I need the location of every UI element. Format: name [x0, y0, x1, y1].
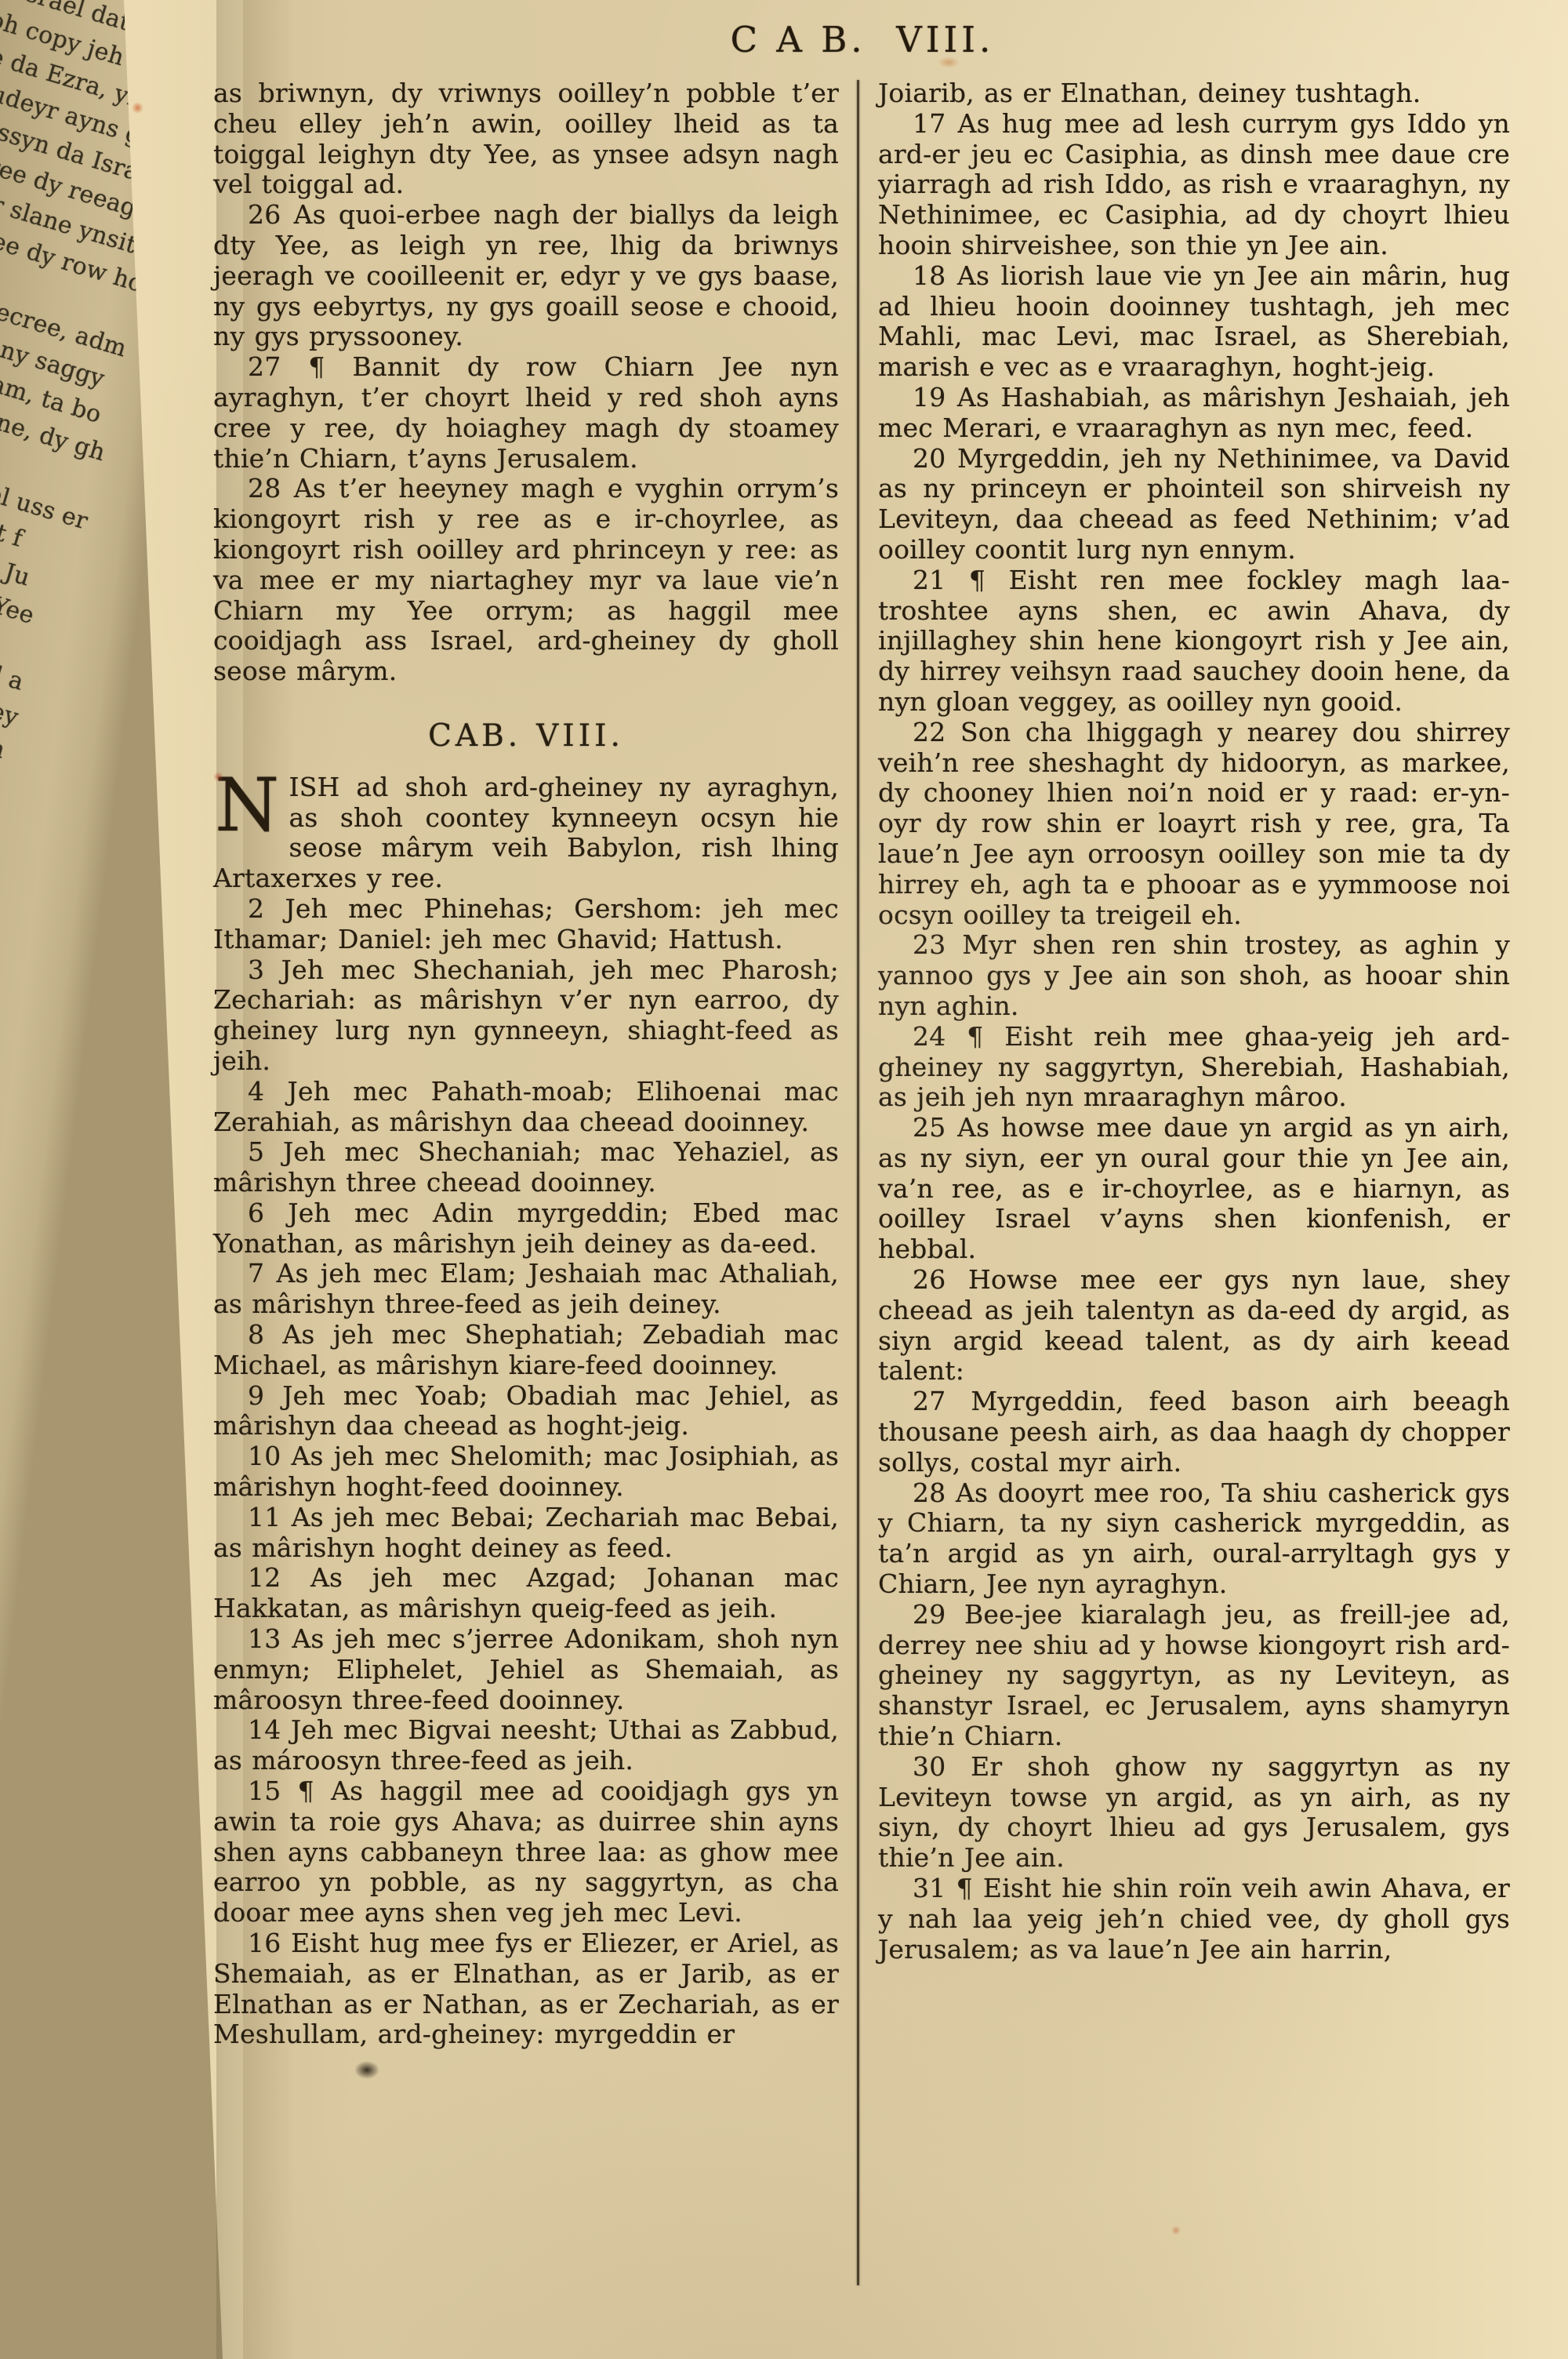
verse-paragraph: 23 Myr shen ren shin trostey, as aghin y… [878, 930, 1510, 1021]
verse-paragraph: 27 Myrgeddin, feed bason airh beeagh tho… [878, 1387, 1510, 1478]
verse-paragraph: 15 ¶ As haggil mee ad cooidjagh gys yn a… [213, 1776, 839, 1928]
verse-paragraph: 13 As jeh mec s’jerree Adonikam, shoh ny… [213, 1624, 839, 1715]
verse-paragraph: 3 Jeh mec Shechaniah, jeh mec Pharosh; Z… [213, 955, 839, 1077]
verse-paragraph: 25 As howse mee daue yn argid as yn airh… [878, 1113, 1510, 1265]
left-column: as briwnyn, dy vriwnys ooilley’n pobble … [213, 78, 839, 2050]
verse-paragraph: as briwnyn, dy vriwnys ooilley’n pobble … [213, 78, 839, 200]
verse-paragraph: 19 As Hashabiah, as mârishyn Jeshaiah, j… [878, 383, 1510, 444]
verse-paragraph: 18 As liorish laue vie yn Jee ain mârin,… [878, 261, 1510, 383]
verse-paragraph: 28 As t’er heeyney magh e vyghin orrym’s… [213, 474, 839, 687]
chapter-opening-paragraph: NISH ad shoh ard-gheiney ny ayraghyn, as… [213, 772, 839, 894]
verse-paragraph: 8 As jeh mec Shephatiah; Zebadiah mac Mi… [213, 1320, 839, 1381]
verse-paragraph: 26 As quoi-erbee nagh der biallys da lei… [213, 200, 839, 352]
verse-paragraph: 2 Jeh mec Phinehas; Gershom: jeh mec Ith… [213, 894, 839, 955]
verse-paragraph: 10 As jeh mec Shelomith; mac Josiphiah, … [213, 1441, 839, 1503]
verse-paragraph: Joiarib, as er Elnathan, deiney tushtagh… [878, 78, 1510, 109]
column-divider-rule [857, 80, 859, 2285]
verse-paragraph: 22 Son cha lhiggagh y nearey dou shirrey… [878, 718, 1510, 931]
verse-paragraph: 16 Eisht hug mee fys er Eliezer, er Arie… [213, 1928, 839, 2050]
verse-paragraph: 14 Jeh mec Bigvai neesht; Uthai as Zabbu… [213, 1715, 839, 1776]
drop-cap-initial: N [213, 772, 289, 834]
verse-paragraph: 20 Myrgeddin, jeh ny Nethinimee, va Davi… [878, 444, 1510, 565]
ink-smudge [354, 2061, 379, 2079]
verse-paragraph: 12 As jeh mec Azgad; Johanan mac Hakkata… [213, 1563, 839, 1624]
right-column: Joiarib, as er Elnathan, deiney tushtagh… [878, 78, 1510, 2050]
column-gap [839, 78, 878, 2050]
verse-paragraph: 7 As jeh mec Elam; Jeshaiah mac Athaliah… [213, 1259, 839, 1320]
verse-paragraph: 31 ¶ Eisht hie shin roïn veih awin Ahava… [878, 1874, 1510, 1965]
paper-stain [1171, 2226, 1181, 2235]
verse-paragraph: 4 Jeh mec Pahath-moab; Elihoenai mac Zer… [213, 1077, 839, 1138]
verse-paragraph: 26 Howse mee eer gys nyn laue, shey chee… [878, 1265, 1510, 1387]
verse-paragraph: 21 ¶ Eisht ren mee fockley magh laa-tros… [878, 565, 1510, 718]
verse-paragraph: 24 ¶ Eisht reih mee ghaa-yeig jeh ard-gh… [878, 1022, 1510, 1113]
text-area: as briwnyn, dy vriwnys ooilley’n pobble … [213, 78, 1510, 2050]
verse-paragraph: 11 As jeh mec Bebai; Zechariah mac Bebai… [213, 1503, 839, 1564]
verse-paragraph: 9 Jeh mec Yoab; Obadiah mac Jehiel, as m… [213, 1381, 839, 1442]
verse-paragraph: 29 Bee-jee kiaralagh jeu, as freill-jee … [878, 1600, 1510, 1752]
chapter-heading: CAB. VIII. [213, 722, 839, 752]
opening-text: ISH ad shoh ard-gheiney ny ayraghyn, as … [213, 772, 839, 893]
verse-paragraph: 27 ¶ Bannit dy row Chiarn Jee nyn ayragh… [213, 352, 839, 474]
book-page-scan: ys Israel dattyshoh copy jeh’n screeree … [0, 0, 1568, 2359]
verse-paragraph: 17 As hug mee ad lesh currym gys Iddo yn… [878, 109, 1510, 261]
verse-paragraph: 6 Jeh mec Adin myrgeddin; Ebed mac Yonat… [213, 1198, 839, 1259]
verse-paragraph: 28 As dooyrt mee roo, Ta shiu casherick … [878, 1478, 1510, 1600]
verse-paragraph: 30 Er shoh ghow ny saggyrtyn as ny Levit… [878, 1752, 1510, 1874]
verse-paragraph: 5 Jeh mec Shechaniah; mac Yehaziel, as m… [213, 1137, 839, 1198]
running-head: C A B. VIII. [220, 19, 1505, 60]
